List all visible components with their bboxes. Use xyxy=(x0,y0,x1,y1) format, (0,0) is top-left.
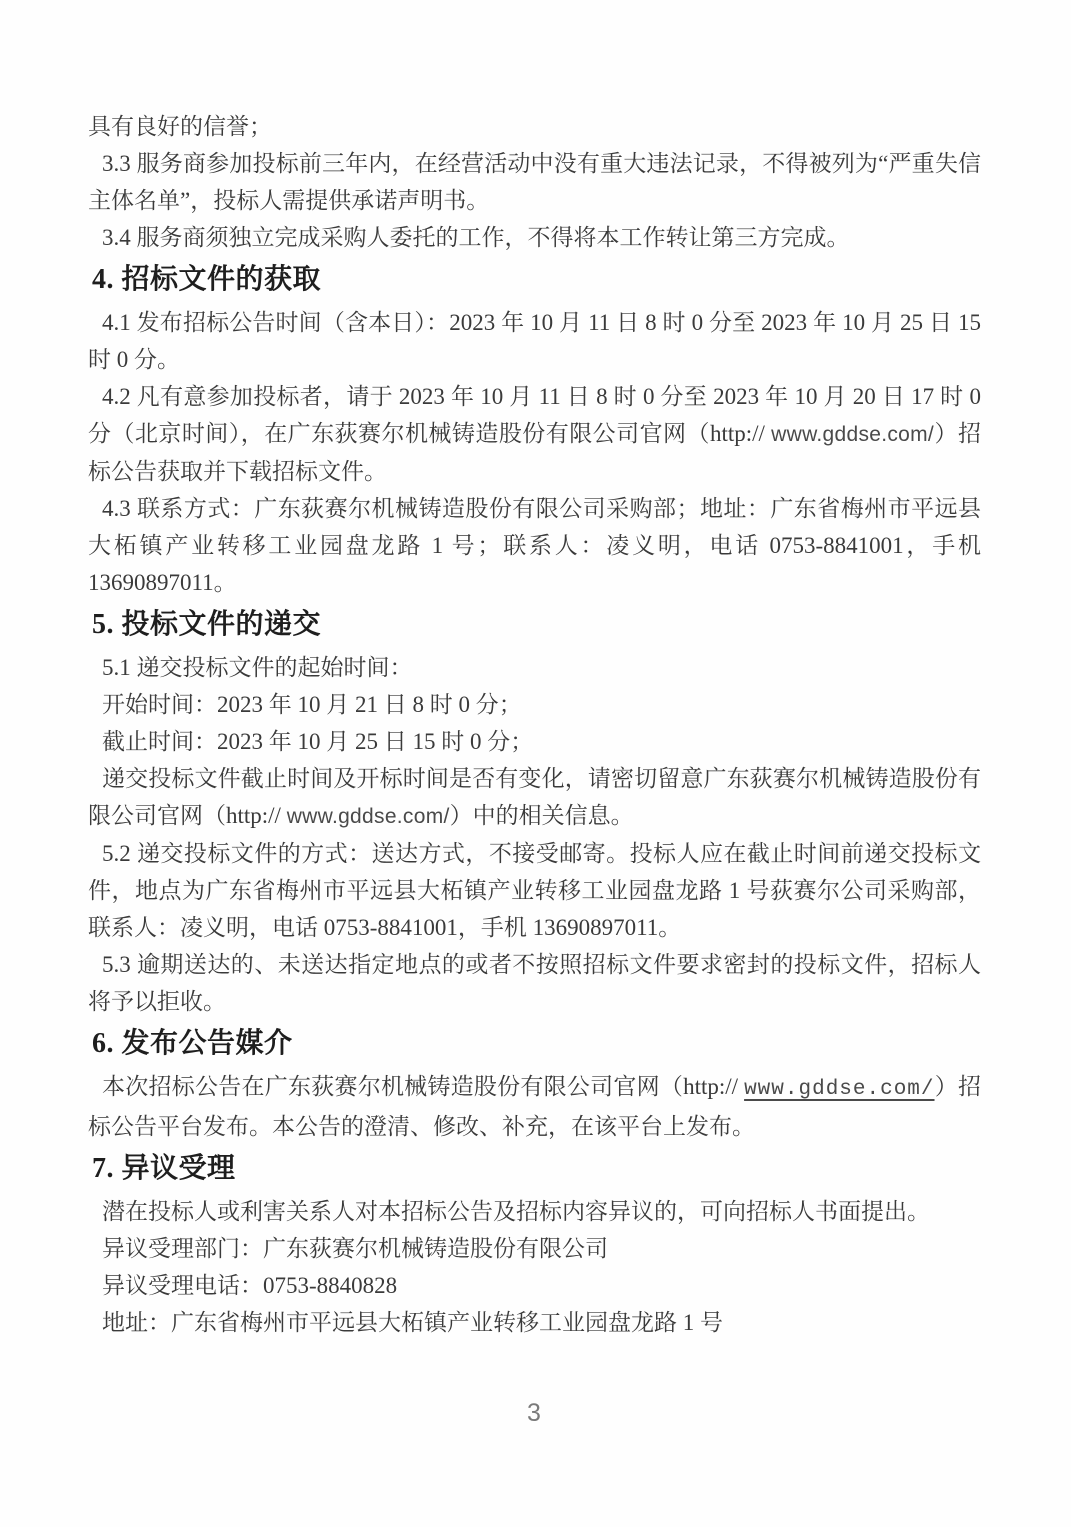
gddse-website-link-underlined: www.gddse.com/ xyxy=(744,1078,934,1101)
section-4-heading: 4. 招标文件的获取 xyxy=(92,260,981,300)
paragraph-4-2: 4.2 凡有意参加投标者，请于 2023 年 10 月 11 日 8 时 0 分… xyxy=(88,378,981,490)
paragraph-5-1: 5.1 递交投标文件的起始时间： xyxy=(88,649,981,686)
line-objection-address: 地址：广东省梅州市平远县大柘镇产业转移工业园盘龙路 1 号 xyxy=(88,1304,981,1341)
gddse-website-url: www.gddse.com/ xyxy=(771,423,934,446)
line-objection-department: 异议受理部门：广东荻赛尔机械铸造股份有限公司 xyxy=(88,1230,981,1267)
paragraph-5-2: 5.2 递交投标文件的方式：送达方式，不接受邮寄。投标人应在截止时间前递交投标文… xyxy=(88,835,981,946)
paragraph-6-media: 本次招标公告在广东荻赛尔机械铸造股份有限公司官网（http:// www.gdd… xyxy=(88,1068,981,1145)
line-deadline-time: 截止时间：2023 年 10 月 25 日 15 时 0 分； xyxy=(88,723,981,760)
gddse-website-url: www.gddse.com/ xyxy=(287,805,450,828)
paragraph-3-4: 3.4 服务商须独立完成采购人委托的工作，不得将本工作转让第三方完成。 xyxy=(88,219,981,256)
page-number: 3 xyxy=(88,1399,981,1428)
paragraph-reputation: 具有良好的信誉； xyxy=(88,108,981,145)
document-page: 具有良好的信誉； 3.3 服务商参加投标前三年内，在经营活动中没有重大违法记录，… xyxy=(0,0,1071,1527)
line-start-time: 开始时间：2023 年 10 月 21 日 8 时 0 分； xyxy=(88,686,981,723)
paragraph-deadline-note: 递交投标文件截止时间及开标时间是否有变化，请密切留意广东荻赛尔机械铸造股份有限公… xyxy=(88,760,981,835)
paragraph-7-intro: 潜在投标人或利害关系人对本招标公告及招标内容异议的，可向招标人书面提出。 xyxy=(88,1193,981,1230)
section-7-heading: 7. 异议受理 xyxy=(92,1149,981,1189)
paragraph-5-3: 5.3 逾期送达的、未送达指定地点的或者不按照招标文件要求密封的投标文件，招标人… xyxy=(88,946,981,1020)
paragraph-3-3: 3.3 服务商参加投标前三年内，在经营活动中没有重大违法记录，不得被列为“严重失… xyxy=(88,145,981,219)
document-content: 具有良好的信誉； 3.3 服务商参加投标前三年内，在经营活动中没有重大违法记录，… xyxy=(0,0,1071,1428)
paragraph-4-1: 4.1 发布招标公告时间（含本日）：2023 年 10 月 11 日 8 时 0… xyxy=(88,304,981,378)
paragraph-deadline-note-after: ）中的相关信息。 xyxy=(450,803,634,828)
section-5-heading: 5. 投标文件的递交 xyxy=(92,605,981,645)
section-6-heading: 6. 发布公告媒介 xyxy=(92,1024,981,1064)
paragraph-6-text-before: 本次招标公告在广东荻赛尔机械铸造股份有限公司官网（http:// xyxy=(102,1074,744,1099)
line-objection-phone: 异议受理电话：0753-8840828 xyxy=(88,1267,981,1304)
paragraph-4-3: 4.3 联系方式：广东荻赛尔机械铸造股份有限公司采购部；地址：广东省梅州市平远县… xyxy=(88,490,981,601)
